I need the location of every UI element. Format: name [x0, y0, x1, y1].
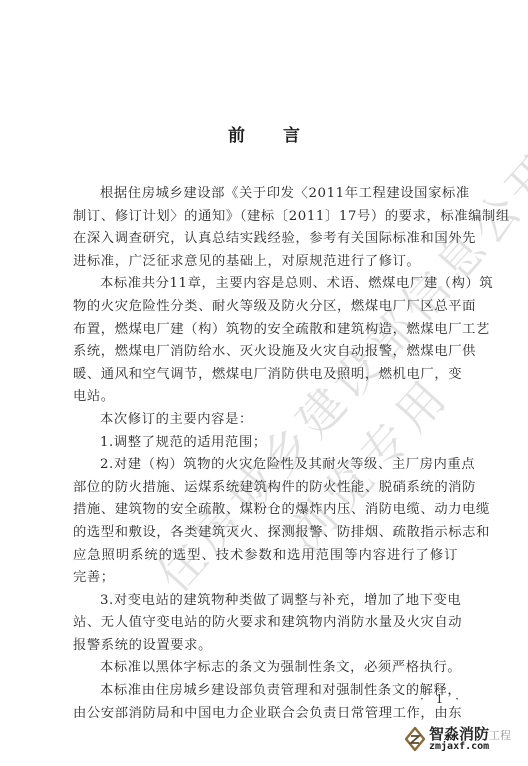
text-line: 应急照明系统的选型、技术参数和选用范围等内容进行了修订 — [73, 545, 458, 568]
text-line: 布置，燃煤电厂建（构）筑物的安全疏散和建筑构造，燃煤电厂工艺 — [73, 319, 458, 342]
text-line: 报警系统的设置要求。 — [73, 635, 458, 658]
site-logo[interactable]: 智淼消防工程 zmjaxf.com — [405, 726, 511, 752]
text-line: 电站。 — [73, 386, 458, 409]
paragraph: 1.调整了规范的适用范围； — [73, 432, 458, 455]
text-line: 1.调整了规范的适用范围； — [73, 432, 458, 455]
text-line: 由公安部消防局和中国电力企业联合会负责日常管理工作，由东 — [73, 703, 458, 726]
logo-suffix: 工程 — [489, 729, 511, 742]
text-line: 物的火灾危险性分类、耐火等级及防火分区，燃煤电厂厂区总平面 — [73, 296, 458, 319]
logo-url: zmjaxf.com — [429, 742, 511, 752]
text-line: 2.对建（构）筑物的火灾危险性及其耐火等级、主厂房内重点 — [73, 454, 458, 477]
text-line: 的选型和敷设，各类建筑灭火、探测报警、防排烟、疏散指示标志和 — [73, 522, 458, 545]
text-line: 进标准，广泛征求意见的基础上，对原规范进行了修订。 — [73, 251, 458, 274]
paragraph: 3.对变电站的建筑物种类做了调整与补充，增加了地下变电站、无人值守变电站的防火要… — [73, 590, 458, 658]
text-line: 制订、修订计划〉的通知》（建标〔2011〕17号）的要求，标准编制组 — [73, 206, 458, 229]
text-line: 站、无人值守变电站的防火要求和建筑物内消防水量及火灾自动 — [73, 612, 458, 635]
document-body: 根据住房城乡建设部《关于印发〈2011年工程建设国家标准制订、修订计划〉的通知》… — [73, 183, 458, 725]
paragraph: 2.对建（构）筑物的火灾危险性及其耐火等级、主厂房内重点部位的防火措施、运煤系统… — [73, 454, 458, 590]
logo-diamond-icon — [405, 727, 425, 751]
text-line: 系统，燃煤电厂消防给水、灭火设施及火灾自动报警，燃煤电厂供 — [73, 341, 458, 364]
text-line: 部位的防火措施、运煤系统建筑构件的防火性能、脱硝系统的消防 — [73, 477, 458, 500]
page-title: 前言 — [0, 121, 528, 146]
paragraph: 根据住房城乡建设部《关于印发〈2011年工程建设国家标准制订、修订计划〉的通知》… — [73, 183, 458, 273]
text-line: 本标准以黑体字标志的条文为强制性条文，必须严格执行。 — [73, 657, 458, 680]
text-line: 3.对变电站的建筑物种类做了调整与补充，增加了地下变电 — [73, 590, 458, 613]
text-line: 本标准共分11章，主要内容是总则、术语、燃煤电厂建（构）筑 — [73, 273, 458, 296]
text-line: 暖、通风和空气调节，燃煤电厂消防供电及照明，燃机电厂，变 — [73, 364, 458, 387]
text-line: 根据住房城乡建设部《关于印发〈2011年工程建设国家标准 — [73, 183, 458, 206]
paragraph: 本标准共分11章，主要内容是总则、术语、燃煤电厂建（构）筑物的火灾危险性分类、耐… — [73, 273, 458, 409]
text-line: 措施、建筑物的安全疏散、煤粉仓的爆炸内压、消防电缆、动力电缆 — [73, 499, 458, 522]
text-line: 完善； — [73, 567, 458, 590]
text-line: 在深入调查研究，认真总结实践经验，参考有关国际标准和国外先 — [73, 228, 458, 251]
text-line: 本次修订的主要内容是： — [73, 409, 458, 432]
paragraph: 本次修订的主要内容是： — [73, 409, 458, 432]
paragraph: 本标准以黑体字标志的条文为强制性条文，必须严格执行。 — [73, 657, 458, 680]
text-line: 本标准由住房城乡建设部负责管理和对强制性条文的解释， — [73, 680, 458, 703]
paragraph: 本标准由住房城乡建设部负责管理和对强制性条文的解释，由公安部消防局和中国电力企业… — [73, 680, 458, 725]
page-number: · 1 · — [420, 692, 463, 706]
